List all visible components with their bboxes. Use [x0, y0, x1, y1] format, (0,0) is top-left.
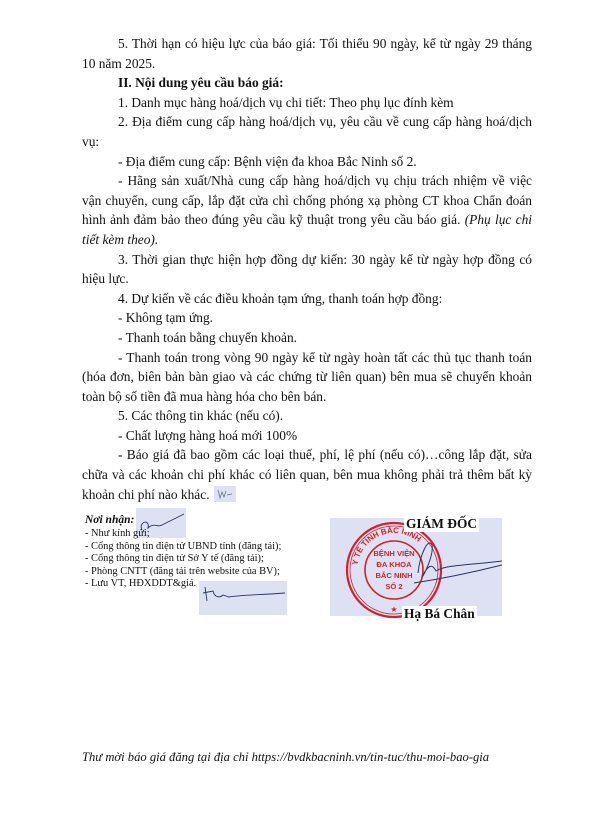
- item-4-advance: - Không tạm ứng.: [82, 308, 532, 328]
- svg-text:SỐ 2: SỐ 2: [385, 581, 402, 591]
- item-2: 2. Địa điểm cung cấp hàng hoá/dịch vụ, y…: [82, 112, 532, 151]
- recipient-item: - Như kính gửi;: [85, 528, 345, 540]
- item-1: 1. Danh mục hàng hoá/dịch vụ chi tiết: T…: [82, 93, 532, 113]
- item-4: 4. Dự kiến về các điều khoản tạm ứng, th…: [82, 289, 532, 309]
- recipients-title-text: Nơi nhận: [85, 514, 130, 526]
- item-4-terms: - Thanh toán trong vòng 90 ngày kể từ ng…: [82, 348, 532, 407]
- section-2-heading: II. Nội dung yêu cầu báo giá:: [82, 73, 532, 93]
- recipients-title: Nơi nhận:: [85, 514, 134, 526]
- item-5-price-includes: - Báo giá đã bao gồm các loại thuế, phí,…: [82, 445, 532, 504]
- svg-text:ĐA KHOA: ĐA KHOA: [376, 560, 412, 569]
- item-2-location: - Địa điểm cung cấp: Bệnh viện đa khoa B…: [82, 152, 532, 172]
- item-2-supplier: - Hãng sản xuất/Nhà cung cấp hàng hoá/dị…: [82, 171, 532, 249]
- initial-signature-icon: [214, 486, 236, 502]
- item-3: 3. Thời gian thực hiện hợp đồng dự kiến:…: [82, 250, 532, 289]
- recipient-item: - Cổng thông tin điện tử Sở Y tế (đăng t…: [85, 553, 345, 565]
- recipient-item: - Lưu VT, HĐXDDT&giá.: [85, 578, 345, 590]
- svg-text:BỆNH VIỆN: BỆNH VIỆN: [373, 549, 414, 558]
- document-body: 5. Thời hạn có hiệu lực của báo giá: Tối…: [82, 34, 532, 504]
- validity-paragraph: 5. Thời hạn có hiệu lực của báo giá: Tối…: [82, 34, 532, 73]
- item-5-price-text: - Báo giá đã bao gồm các loại thuế, phí,…: [82, 447, 532, 501]
- director-title: GIÁM ĐỐC: [404, 516, 479, 532]
- director-name: Hạ Bá Chân: [402, 606, 477, 622]
- footer-notice: Thư mời báo giá đăng tại địa chỉ https:/…: [82, 750, 489, 765]
- item-5: 5. Các thông tin khác (nếu có).: [82, 406, 532, 426]
- recipient-item: - Cổng thông tin điện tử UBND tỉnh (đăng…: [85, 541, 345, 553]
- director-signature-icon: [410, 535, 505, 595]
- recipients-block: Nơi nhận: - Như kính gửi; - Cổng thông t…: [85, 514, 345, 590]
- item-4-transfer: - Thanh toán bằng chuyển khoản.: [82, 328, 532, 348]
- item-5-quality: - Chất lượng hàng hoá mới 100%: [82, 426, 532, 446]
- svg-text:★: ★: [390, 605, 397, 614]
- svg-text:BẮC NINH: BẮC NINH: [375, 571, 412, 580]
- recipient-item: - Phòng CNTT (đăng tải trên website của …: [85, 566, 345, 578]
